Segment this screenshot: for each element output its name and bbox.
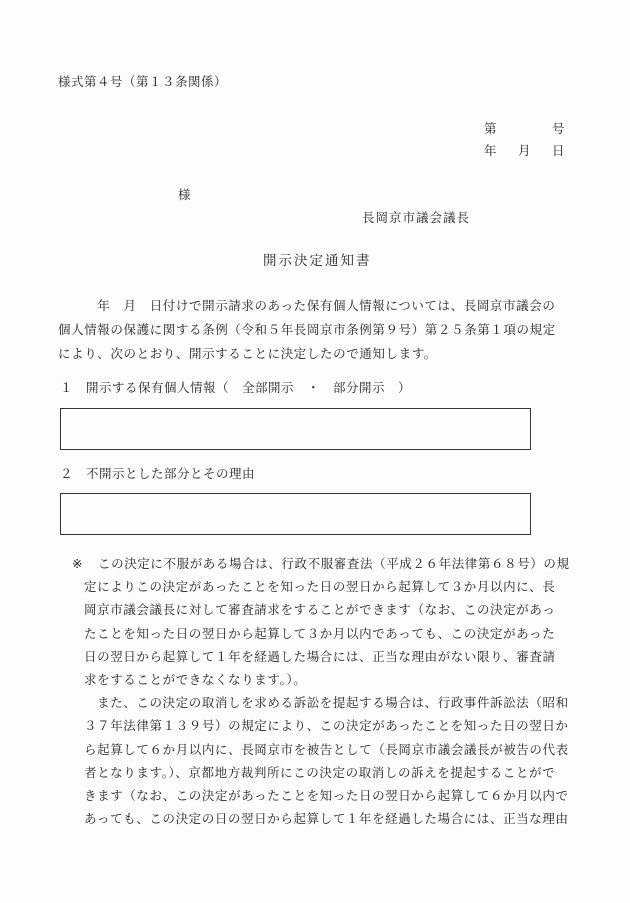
- date-year: 年: [484, 141, 497, 159]
- document-title: 開示決定通知書: [263, 249, 372, 269]
- note-line: あっても、この決定の日の翌日から起算して１年を経過した場合には、正当な理由: [72, 807, 572, 830]
- doc-number-prefix: 第: [484, 119, 497, 137]
- section2-input-box[interactable]: [60, 493, 531, 535]
- doc-number-suffix: 号: [552, 119, 565, 137]
- date-day: 日: [552, 141, 565, 159]
- form-number: 様式第４号（第１３条関係）: [58, 72, 227, 90]
- appeal-note: ※この決定に不服がある場合は、行政不服審査法（平成２６年法律第６８号）の規 定に…: [72, 552, 572, 830]
- section1-heading: １ 開示する保有個人情報（ 全部開示 ・ 部分開示 ）: [60, 378, 411, 396]
- section2-heading: ２ 不開示とした部分とその理由: [60, 464, 255, 482]
- note-line: きます（なお、この決定があったことを知った日の翌日から起算して６か月以内で: [72, 784, 572, 807]
- note-line: ３７年法律第１３９号）の規定により、この決定があったことを知った日の翌日か: [72, 714, 572, 737]
- intro-line: 年 月 日付けで開示請求のあった保有個人情報については、長岡京市議会の: [58, 294, 566, 318]
- addressee: 様: [178, 185, 191, 203]
- note-line: 定によりこの決定があったことを知った日の翌日から起算して３か月以内に、長: [72, 575, 572, 598]
- note-line: 者となります。）、京都地方裁判所にこの決定の取消しの訴えを提起することがで: [72, 761, 572, 784]
- note-line: ら起算して６か月以内に、長岡京市を被告として（長岡京市議会議長が被告の代表: [72, 738, 572, 761]
- note-line: 求をすることができなくなります。）。: [72, 668, 572, 691]
- date-month: 月: [518, 141, 531, 159]
- note-line: この決定に不服がある場合は、行政不服審査法（平成２６年法律第６８号）の規: [98, 556, 570, 571]
- intro-line: 個人情報の保護に関する条例（令和５年長岡京市条例第９号）第２５条第１項の規定: [58, 318, 566, 342]
- section1-input-box[interactable]: [60, 408, 531, 450]
- intro-paragraph: 年 月 日付けで開示請求のあった保有個人情報については、長岡京市議会の 個人情報…: [58, 294, 566, 366]
- sender: 長岡京市議会議長: [362, 208, 470, 226]
- note-line: 岡京市議会議長に対して審査請求をすることができます（なお、この決定があっ: [72, 598, 572, 621]
- note-line: また、この決定の取消しを求める訴訟を提起する場合は、行政事件訴訟法（昭和: [72, 691, 572, 714]
- note-line: たことを知った日の翌日から起算して３か月以内であっても、この決定があった: [72, 622, 572, 645]
- note-line: 日の翌日から起算して１年を経過した場合には、正当な理由がない限り、審査請: [72, 645, 572, 668]
- reference-mark-icon: ※: [72, 552, 98, 575]
- intro-line: により、次のとおり、開示することに決定したので通知します。: [58, 342, 566, 366]
